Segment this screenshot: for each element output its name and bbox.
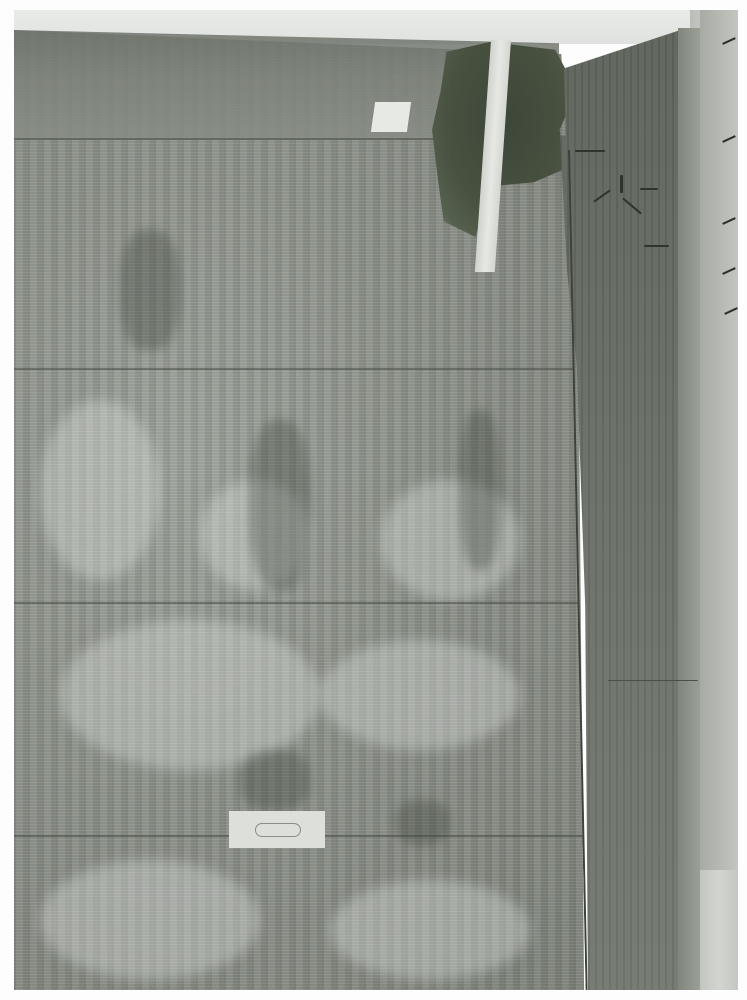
label-with-oval: [229, 811, 325, 848]
frame-mark: [722, 267, 736, 275]
scratch-mark: [608, 680, 698, 681]
fabric-seam: [14, 368, 574, 370]
frame-mark: [724, 307, 738, 315]
light-patch: [40, 400, 160, 580]
border-edge: [678, 28, 700, 990]
scratch-mark: [640, 188, 658, 190]
archival-photograph: [0, 0, 747, 1000]
light-patch: [60, 620, 320, 770]
oval-mark: [255, 823, 301, 837]
small-label: [371, 102, 411, 132]
fabric-seam: [14, 602, 579, 604]
dark-patch: [120, 230, 180, 350]
scratch-mark: [620, 175, 623, 193]
frame-mark: [722, 217, 736, 225]
dark-patch: [395, 800, 450, 845]
frame-edge-right: [700, 10, 738, 870]
light-patch: [40, 860, 260, 980]
scratch-mark: [644, 245, 669, 247]
light-patch: [320, 640, 520, 750]
dark-patch: [460, 410, 500, 570]
dark-patch: [250, 420, 310, 590]
scratch-mark: [575, 150, 605, 152]
frame-mark: [722, 37, 736, 45]
light-patch: [330, 880, 530, 980]
dark-patch: [240, 750, 310, 810]
frame-mark: [722, 135, 736, 143]
